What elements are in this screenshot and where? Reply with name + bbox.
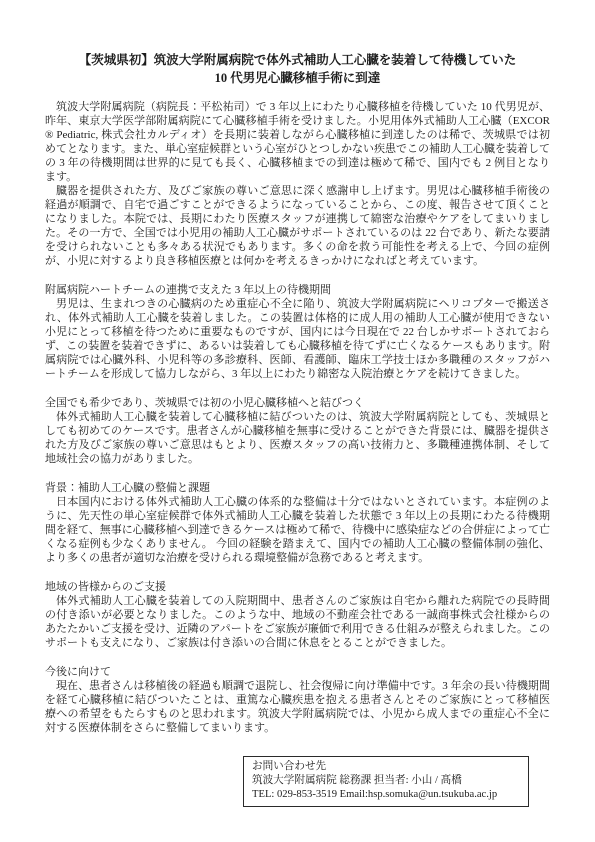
section-body: 男児は、生まれつきの心臓病のため重症心不全に陥り、筑波大学附属病院にヘリコプター…: [45, 297, 550, 381]
section-body: 体外式補助人工心臓を装着しての入院期間中、患者さんのご家族は自宅から離れた病院で…: [45, 594, 550, 650]
section-body: 現在、患者さんは移植後の経過も順調で退院し、社会復帰に向け準備中です。3 年余の…: [45, 679, 550, 735]
section-body: 日本国内における体外式補助人工心臓の体系的な整備は十分ではないとされています。本…: [45, 495, 550, 565]
section-community-support: 地域の皆様からのご支援 体外式補助人工心臓を装着しての入院期間中、患者さんのご家…: [45, 580, 550, 650]
intro-paragraph-1: 筑波大学附属病院（病院長：平松祐司）で 3 年以上にわたり心臓移植を待機していた…: [45, 100, 550, 184]
contact-title: お問い合わせ先: [252, 760, 520, 774]
section-future: 今後に向けて 現在、患者さんは移植後の経過も順調で退院し、社会復帰に向け準備中で…: [45, 665, 550, 735]
press-release-page: 【茨城県初】筑波大学附属病院で体外式補助人工心臓を装着して待機していた 10 代…: [0, 0, 595, 842]
intro-paragraph-2: 臓器を提供された方、及びご家族の尊いご意思に深く感謝申し上げます。男児は心臓移植…: [45, 184, 550, 268]
section-heart-team: 附属病院ハートチームの連携で支えた 3 年以上の待機期間 男児は、生まれつきの心…: [45, 283, 550, 381]
section-body: 体外式補助人工心臓を装着して心臓移植に結びついたのは、筑波大学附属病院としても、…: [45, 410, 550, 466]
document-title-line2: 10 代男児心臓移植手術に到達: [45, 69, 550, 87]
section-heading: 附属病院ハートチームの連携で支えた 3 年以上の待機期間: [45, 283, 550, 297]
contact-department: 筑波大学附属病院 総務課 担当者: 小山 / 髙橋: [252, 774, 520, 788]
document-title: 【茨城県初】筑波大学附属病院で体外式補助人工心臓を装着して待機していた 10 代…: [45, 51, 550, 87]
section-background: 背景：補助人工心臓の整備と課題 日本国内における体外式補助人工心臓の体系的な整備…: [45, 481, 550, 565]
document-title-line1: 【茨城県初】筑波大学附属病院で体外式補助人工心臓を装着して待機していた: [45, 51, 550, 69]
section-heading: 背景：補助人工心臓の整備と課題: [45, 481, 550, 495]
section-heading: 地域の皆様からのご支援: [45, 580, 550, 594]
section-rare-case: 全国でも希少であり、茨城県では初の小児心臓移植へと結びつく 体外式補助人工心臓を…: [45, 396, 550, 466]
section-heading: 今後に向けて: [45, 665, 550, 679]
contact-tel-email: TEL: 029-853-3519 Email:hsp.somuka@un.ts…: [252, 788, 520, 802]
contact-box: お問い合わせ先 筑波大学附属病院 総務課 担当者: 小山 / 髙橋 TEL: 0…: [243, 756, 529, 807]
section-heading: 全国でも希少であり、茨城県では初の小児心臓移植へと結びつく: [45, 396, 550, 410]
